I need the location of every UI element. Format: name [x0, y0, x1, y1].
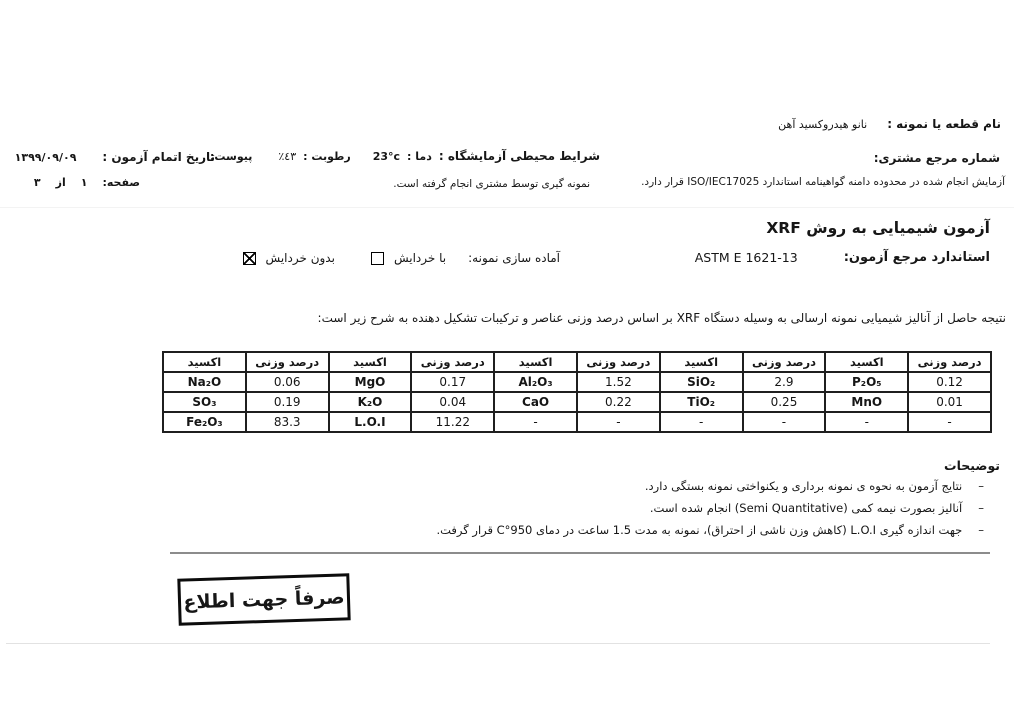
oxide-cell: CaO — [494, 392, 577, 412]
oxide-cell: TiO₂ — [660, 392, 743, 412]
value-cell: - — [743, 412, 826, 432]
oxide-cell: P₂O₅ — [825, 372, 908, 392]
info-only-stamp: صرفاً جهت اطلاع — [177, 573, 350, 625]
attachment-label: پیوست: — [210, 150, 252, 163]
value-cell: 0.12 — [908, 372, 991, 392]
sampling-note: نمونه گیری توسط مشتری انجام گرفته است. — [393, 178, 590, 190]
note-text: آنالیز بصورت نیمه کمی (Semi Quantitative… — [650, 501, 962, 515]
sample-name-row: نام قطعه یا نمونه : نانو هیدروکسید آهن — [778, 117, 1001, 131]
sample-name-value: نانو هیدروکسید آهن — [778, 118, 867, 131]
temperature-value: 23°c — [373, 150, 400, 163]
note-item: – نتایج آزمون به نحوه ی نمونه برداری و ی… — [436, 479, 984, 493]
lab-conditions-row: شرایط محیطی آزمایشگاه : دما : 23°c رطوبت… — [210, 149, 600, 163]
value-cell: 0.19 — [246, 392, 329, 412]
percent-header: درصد وزنی — [577, 352, 660, 372]
table-row: Na₂O 0.06 MgO 0.17 Al₂O₃ 1.52 SiO₂ 2.9 P… — [163, 372, 991, 392]
note-item: – جهت اندازه گیری L.O.I (کاهش وزن ناشی ا… — [436, 523, 984, 537]
humidity-value: ٤٣٪ — [278, 150, 296, 163]
percent-header: درصد وزنی — [411, 352, 494, 372]
standard-value: ASTM E 1621-13 — [695, 250, 798, 265]
value-cell: - — [494, 412, 577, 432]
note-item: – آنالیز بصورت نیمه کمی (Semi Quantitati… — [436, 501, 984, 515]
value-cell: - — [825, 412, 908, 432]
table-header-row: اکسید درصد وزنی اکسید درصد وزنی اکسید در… — [163, 352, 991, 372]
value-cell: 0.04 — [411, 392, 494, 412]
note-text: جهت اندازه گیری L.O.I (کاهش وزن ناشی از … — [436, 523, 962, 537]
value-cell: - — [660, 412, 743, 432]
dash-bullet: – — [978, 501, 984, 515]
oxide-header: اکسید — [494, 352, 577, 372]
notes-title: توضیحات — [944, 458, 1000, 473]
percent-header: درصد وزنی — [743, 352, 826, 372]
value-cell: 83.3 — [246, 412, 329, 432]
page-total: ۳ — [34, 176, 41, 189]
section-divider — [170, 552, 990, 554]
value-cell: 2.9 — [743, 372, 826, 392]
with-crushing-label: با خردایش — [394, 251, 446, 265]
results-table: اکسید درصد وزنی اکسید درصد وزنی اکسید در… — [162, 351, 992, 433]
oxide-cell: K₂O — [329, 392, 412, 412]
checkbox-unchecked-icon — [371, 252, 384, 265]
oxide-cell: SiO₂ — [660, 372, 743, 392]
value-cell: 0.06 — [246, 372, 329, 392]
percent-header: درصد وزنی — [246, 352, 329, 372]
iso-scope-note: آزمایش انجام شده در محدوده دامنه گواهینا… — [641, 176, 1005, 188]
value-cell: - — [577, 412, 660, 432]
test-date-label: تاریخ اتمام آزمون : — [102, 150, 215, 164]
humidity-label: رطوبت : — [303, 150, 351, 163]
table-row: Fe₂O₃ 83.3 L.O.I 11.22 - - - - - - — [163, 412, 991, 432]
oxide-header: اکسید — [825, 352, 908, 372]
temperature-label: دما : — [407, 150, 432, 163]
xrf-report-page: { "document": { "sample": { "label": "نا… — [0, 0, 1024, 724]
value-cell: 0.17 — [411, 372, 494, 392]
stamp-text: صرفاً جهت اطلاع — [183, 586, 345, 613]
customer-ref-label: شماره مرجع مشتری: — [874, 151, 1000, 165]
note-text: نتایج آزمون به نحوه ی نمونه برداری و یکن… — [645, 479, 962, 493]
oxide-cell: MgO — [329, 372, 412, 392]
dash-bullet: – — [978, 479, 984, 493]
oxide-header: اکسید — [163, 352, 246, 372]
dash-bullet: – — [978, 523, 984, 537]
sample-name-label: نام قطعه یا نمونه : — [887, 117, 1001, 131]
oxide-header: اکسید — [660, 352, 743, 372]
value-cell: - — [908, 412, 991, 432]
table-row: SO₃ 0.19 K₂O 0.04 CaO 0.22 TiO₂ 0.25 MnO… — [163, 392, 991, 412]
standard-row: استاندارد مرجع آزمون: ASTM E 1621-13 — [695, 250, 990, 265]
test-date-value: ۱۳۹۹/۰۹/۰۹ — [15, 151, 77, 164]
oxide-header: اکسید — [329, 352, 412, 372]
page-number-row: صفحه: ۱ از ۳ — [34, 176, 140, 189]
checkbox-checked-icon — [243, 252, 256, 265]
value-cell: 1.52 — [577, 372, 660, 392]
page-label: صفحه: — [102, 176, 140, 189]
oxide-cell: Na₂O — [163, 372, 246, 392]
oxide-cell: MnO — [825, 392, 908, 412]
oxide-cell: Fe₂O₃ — [163, 412, 246, 432]
oxide-cell: SO₃ — [163, 392, 246, 412]
env-conditions-label: شرایط محیطی آزمایشگاه : — [439, 149, 600, 163]
notes-list: – نتایج آزمون به نحوه ی نمونه برداری و ی… — [436, 479, 984, 537]
value-cell: 0.01 — [908, 392, 991, 412]
percent-header: درصد وزنی — [908, 352, 991, 372]
page-of-word: از — [56, 176, 66, 189]
value-cell: 11.22 — [411, 412, 494, 432]
results-intro-text: نتیجه حاصل از آنالیز شیمیایی نمونه ارسال… — [318, 311, 1006, 325]
preparation-label: آماده سازی نمونه: — [468, 251, 560, 265]
report-title: آزمون شیمیایی به روش XRF — [766, 219, 990, 237]
faint-divider-bottom — [6, 643, 990, 644]
page-current: ۱ — [81, 176, 88, 189]
without-crushing-label: بدون خردایش — [266, 251, 335, 265]
faint-divider-top — [0, 207, 1014, 208]
value-cell: 0.25 — [743, 392, 826, 412]
test-date-row: تاریخ اتمام آزمون : ۱۳۹۹/۰۹/۰۹ — [15, 150, 215, 164]
oxide-cell: Al₂O₃ — [494, 372, 577, 392]
sample-preparation-row: آماده سازی نمونه: با خردایش بدون خردایش — [243, 251, 560, 265]
standard-label: استاندارد مرجع آزمون: — [844, 250, 990, 265]
value-cell: 0.22 — [577, 392, 660, 412]
oxide-cell: L.O.I — [329, 412, 412, 432]
